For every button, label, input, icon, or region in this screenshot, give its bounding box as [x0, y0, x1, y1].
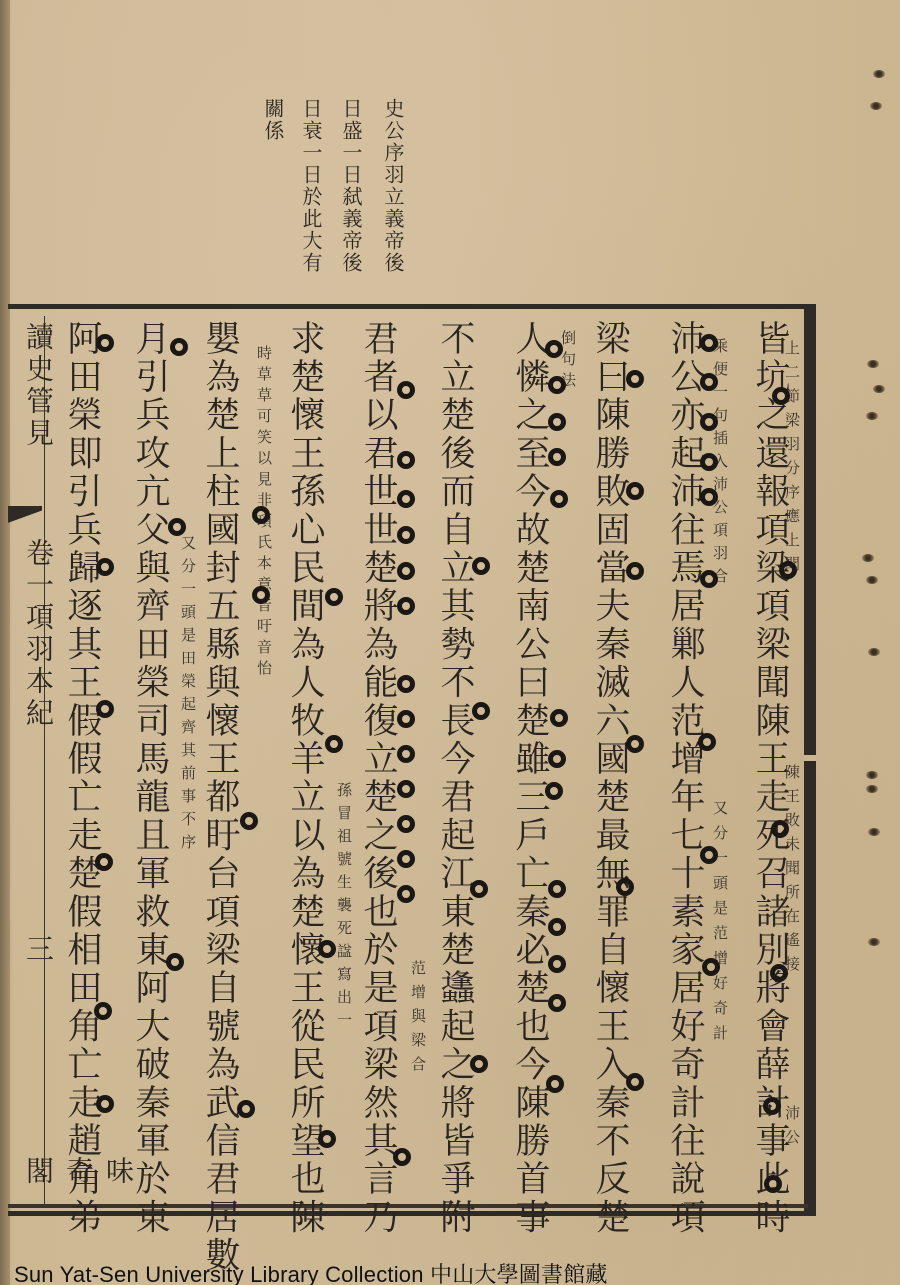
circle-mark-icon [626, 735, 644, 753]
circle-mark-icon [626, 562, 644, 580]
circle-mark-icon [168, 518, 186, 536]
text-column-5: 不立楚後而自立其勢不長今君起江東楚蠭起之將皆爭附 [435, 320, 475, 1237]
circle-mark-icon [548, 413, 566, 431]
circle-mark-icon [240, 812, 258, 830]
circle-mark-icon [397, 675, 415, 693]
circle-mark-icon [96, 558, 114, 576]
circle-mark-icon [397, 526, 415, 544]
text-column-7: 求楚懷王孫心民間為人牧羊立以為楚懷王從民所望也陳 [285, 320, 325, 1237]
circle-mark-icon [700, 373, 718, 391]
circle-mark-icon [702, 958, 720, 976]
circle-mark-icon [318, 940, 336, 958]
circle-mark-icon [763, 1097, 781, 1115]
circle-mark-icon [548, 955, 566, 973]
circle-mark-icon [318, 1130, 336, 1148]
circle-mark-icon [548, 880, 566, 898]
circle-mark-icon [397, 451, 415, 469]
circle-mark-icon [397, 815, 415, 833]
gloss-2b: 又分一頭是范增好奇計 [712, 800, 728, 1050]
circle-mark-icon [397, 850, 415, 868]
binding-hole [873, 70, 885, 78]
text-column-9: 月引兵攻亢父與齊田榮司馬龍且軍救東阿大破秦軍於東 [130, 320, 170, 1237]
circle-mark-icon [397, 490, 415, 508]
top-note-line-1: 史公序羽立義帝後 [382, 98, 404, 274]
text-column-2: 沛公亦起沛往焉居鄛人范增年七十素家居好奇計往說項 [665, 320, 705, 1237]
circle-mark-icon [252, 586, 270, 604]
text-column-4: 人憐之至今故楚南公曰楚雖三戶亡秦必楚也今陳勝首事 [510, 320, 550, 1237]
circle-mark-icon [548, 376, 566, 394]
circle-mark-icon [700, 846, 718, 864]
fishtail-ornament [8, 506, 42, 524]
circle-mark-icon [96, 1095, 114, 1113]
circle-mark-icon [698, 733, 716, 751]
binding-hole [873, 385, 885, 393]
chapter-title: 卷一項羽本紀 [18, 538, 58, 730]
circle-mark-icon [166, 953, 184, 971]
circle-mark-icon [772, 387, 790, 405]
circle-mark-icon [397, 885, 415, 903]
gloss-1a: 上二節梁羽分序應上聞 [784, 340, 800, 580]
gloss-6a: 范增與梁合 [410, 960, 426, 1080]
circle-mark-icon [550, 709, 568, 727]
binding-hole [868, 938, 880, 946]
circle-mark-icon [626, 482, 644, 500]
frame-bar-gap [804, 755, 816, 761]
binding-hole [866, 785, 878, 793]
circle-mark-icon [779, 561, 797, 579]
circle-mark-icon [700, 488, 718, 506]
gloss-1b: 陳王敗未聞所在遙接 [784, 764, 800, 980]
circle-mark-icon [548, 750, 566, 768]
circle-mark-icon [252, 506, 270, 524]
circle-mark-icon [548, 918, 566, 936]
binding-hole [868, 828, 880, 836]
top-note-line-3: 日衰一日於此大有 [300, 98, 322, 274]
circle-mark-icon [470, 1055, 488, 1073]
circle-mark-icon [550, 490, 568, 508]
circle-mark-icon [700, 413, 718, 431]
text-column-3: 梁曰陳勝敗固當夫秦滅六國楚最無罪自懷王入秦不反楚 [590, 320, 630, 1237]
circle-mark-icon [397, 562, 415, 580]
text-column-8: 嬰為楚上柱國封五縣與懷王都盱台項梁自號為武信君居數 [200, 320, 240, 1275]
circle-mark-icon [545, 340, 563, 358]
circle-mark-icon [393, 1148, 411, 1166]
binding-hole [868, 648, 880, 656]
circle-mark-icon [548, 448, 566, 466]
gloss-1c: 沛公 [784, 1105, 800, 1153]
gloss-7a: 孫冒祖號生襲死諡寫出一 [336, 782, 352, 1035]
circle-mark-icon [548, 994, 566, 1012]
circle-mark-icon [325, 735, 343, 753]
margin-column: 讀史管見 卷一項羽本紀 三 味奇閣 [8, 316, 44, 1204]
circle-mark-icon [764, 1175, 782, 1193]
text-column-6: 君者以君世世楚將為能復立楚之後也於是項梁然其言乃 [358, 320, 398, 1237]
library-collection-caption: Sun Yat-Sen University Library Collectio… [14, 1258, 608, 1285]
circle-mark-icon [397, 710, 415, 728]
binding-hole [870, 102, 882, 110]
binding-hole [862, 554, 874, 562]
circle-mark-icon [325, 588, 343, 606]
circle-mark-icon [96, 700, 114, 718]
circle-mark-icon [771, 820, 789, 838]
binding-hole [866, 576, 878, 584]
circle-mark-icon [700, 570, 718, 588]
circle-mark-icon [96, 334, 114, 352]
circle-mark-icon [237, 1100, 255, 1118]
circle-mark-icon [546, 1075, 564, 1093]
circle-mark-icon [545, 782, 563, 800]
gloss-9a: 又分一頭是田榮起齊其前事不序 [180, 535, 196, 857]
circle-mark-icon [470, 880, 488, 898]
top-note-line-4: 關係 [262, 98, 284, 142]
circle-mark-icon [397, 745, 415, 763]
binding-hole [866, 771, 878, 779]
circle-mark-icon [626, 370, 644, 388]
binding-hole [866, 412, 878, 420]
top-note-line-2: 日盛一日弑義帝後 [340, 98, 362, 274]
circle-mark-icon [170, 338, 188, 356]
circle-mark-icon [94, 1002, 112, 1020]
circle-mark-icon [95, 853, 113, 871]
circle-mark-icon [397, 780, 415, 798]
circle-mark-icon [472, 702, 490, 720]
circle-mark-icon [626, 1073, 644, 1091]
circle-mark-icon [616, 878, 634, 896]
circle-mark-icon [472, 557, 490, 575]
circle-mark-icon [397, 597, 415, 615]
circle-mark-icon [770, 964, 788, 982]
page-number: 三 [18, 934, 58, 966]
binding-hole [867, 360, 879, 368]
circle-mark-icon [397, 381, 415, 399]
book-title: 讀史管見 [18, 322, 58, 450]
circle-mark-icon [700, 453, 718, 471]
circle-mark-icon [700, 334, 718, 352]
